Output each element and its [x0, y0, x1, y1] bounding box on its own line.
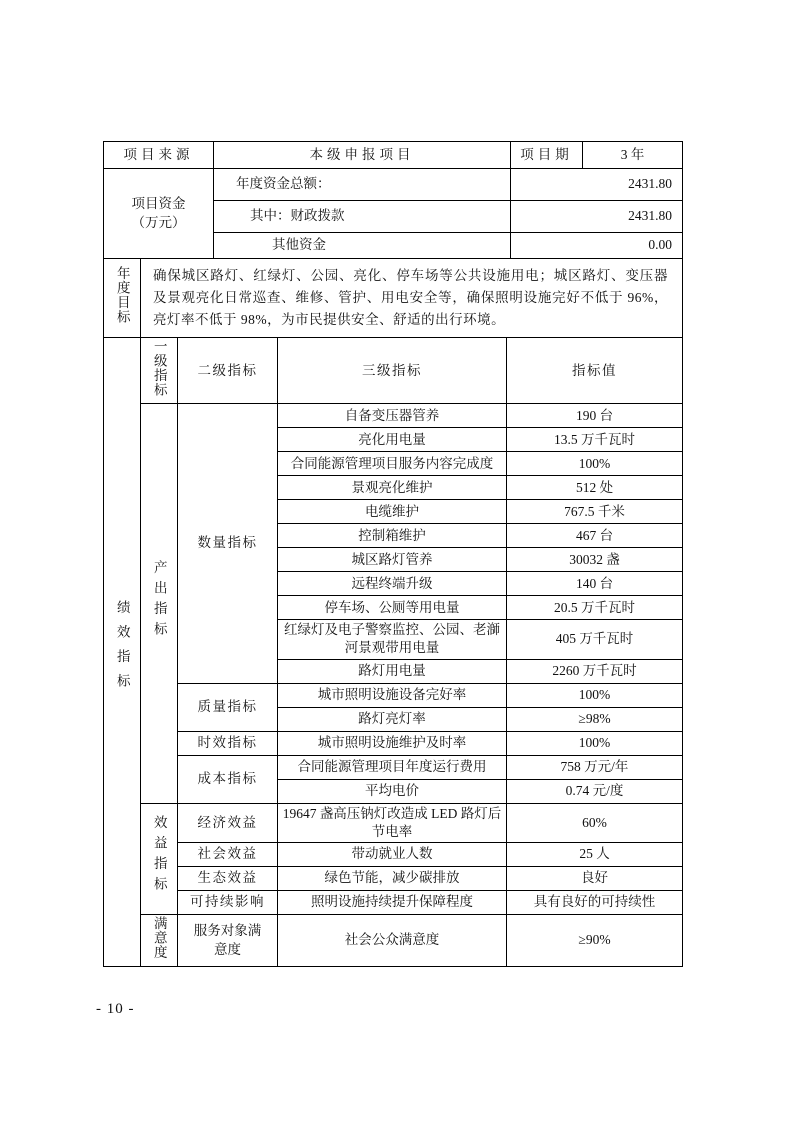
level2-cost: 成本指标 [178, 755, 278, 803]
indicator-value: 0.74 元/度 [507, 779, 683, 803]
indicator-name: 路灯用电量 [278, 659, 507, 683]
level1-satisfaction: 满意度 [141, 915, 178, 967]
funding-row-label: 其中：财政拨款 [214, 201, 511, 233]
indicator-name: 远程终端升级 [278, 572, 507, 596]
funding-row-value: 2431.80 [511, 201, 683, 233]
funding-row-value: 2431.80 [511, 169, 683, 201]
indicator-value: 140 台 [507, 572, 683, 596]
performance-side-label: 绩效指标 [104, 338, 141, 967]
indicator-value: 30032 盏 [507, 548, 683, 572]
indicator-value: 具有良好的可持续性 [507, 891, 683, 915]
project-funds-label-line1: 项目资金 [108, 195, 209, 213]
performance-indicators-table: 绩效指标 一级指标 二级指标 三级指标 指标值 产出指标 数量指标 自备变压器管… [103, 337, 683, 967]
funding-row-value: 0.00 [511, 233, 683, 259]
project-period-label: 项目期 [511, 142, 583, 169]
project-funds-label: 项目资金 （万元） [104, 169, 214, 259]
indicator-value: 767.5 千米 [507, 500, 683, 524]
project-source-label: 项目来源 [104, 142, 214, 169]
indicator-value: 100% [507, 452, 683, 476]
indicator-value: ≥98% [507, 707, 683, 731]
indicator-value: 512 处 [507, 476, 683, 500]
indicator-name: 绿色节能，减少碳排放 [278, 867, 507, 891]
level2-timeliness: 时效指标 [178, 731, 278, 755]
indicator-value: 100% [507, 683, 683, 707]
funding-row-label: 年度资金总额： [214, 169, 511, 201]
annual-goal-table: 年度目标 确保城区路灯、红绿灯、公园、亮化、停车场等公共设施用电；城区路灯、变压… [103, 258, 683, 338]
indicator-name: 平均电价 [278, 779, 507, 803]
indicator-value: 190 台 [507, 404, 683, 428]
level1-benefit: 效益指标 [141, 803, 178, 914]
level2-economic: 经济效益 [178, 803, 278, 842]
indicator-value: 良好 [507, 867, 683, 891]
level2-sustainable: 可持续影响 [178, 891, 278, 915]
level2-ecological: 生态效益 [178, 867, 278, 891]
indicator-name: 亮化用电量 [278, 428, 507, 452]
indicator-name: 城市照明设施维护及时率 [278, 731, 507, 755]
header-level2: 二级指标 [178, 338, 278, 404]
funding-row-label: 其他资金 [214, 233, 511, 259]
project-info-table: 项目来源 本级申报项目 项目期 3 年 项目资金 （万元） 年度资金总额： 24… [103, 141, 683, 259]
level2-service-satisfaction: 服务对象满意度 [178, 915, 278, 967]
indicator-value: ≥90% [507, 915, 683, 967]
project-source-value: 本级申报项目 [214, 142, 511, 169]
indicator-value: 13.5 万千瓦时 [507, 428, 683, 452]
indicator-value: 25 人 [507, 843, 683, 867]
annual-goal-text: 确保城区路灯、红绿灯、公园、亮化、停车场等公共设施用电；城区路灯、变压器及景观亮… [141, 259, 683, 338]
document-page: 项目来源 本级申报项目 项目期 3 年 项目资金 （万元） 年度资金总额： 24… [0, 0, 793, 1122]
level1-output: 产出指标 [141, 404, 178, 803]
indicator-value: 100% [507, 731, 683, 755]
level2-quality: 质量指标 [178, 683, 278, 731]
indicator-value: 405 万千瓦时 [507, 620, 683, 659]
indicator-value: 60% [507, 803, 683, 842]
level2-social: 社会效益 [178, 843, 278, 867]
project-funds-label-line2: （万元） [108, 214, 209, 232]
indicator-name: 景观亮化维护 [278, 476, 507, 500]
indicator-name: 路灯亮灯率 [278, 707, 507, 731]
indicator-name: 控制箱维护 [278, 524, 507, 548]
indicator-value: 467 台 [507, 524, 683, 548]
indicator-name: 社会公众满意度 [278, 915, 507, 967]
indicator-name: 电缆维护 [278, 500, 507, 524]
indicator-name: 合同能源管理项目服务内容完成度 [278, 452, 507, 476]
indicator-name: 城区路灯管养 [278, 548, 507, 572]
indicator-name: 带动就业人数 [278, 843, 507, 867]
header-level3: 三级指标 [278, 338, 507, 404]
indicator-value: 20.5 万千瓦时 [507, 596, 683, 620]
header-level1: 一级指标 [141, 338, 178, 404]
indicator-value: 2260 万千瓦时 [507, 659, 683, 683]
indicator-name: 照明设施持续提升保障程度 [278, 891, 507, 915]
header-value: 指标值 [507, 338, 683, 404]
indicator-name: 合同能源管理项目年度运行费用 [278, 755, 507, 779]
indicator-name: 停车场、公厕等用电量 [278, 596, 507, 620]
level2-quantity: 数量指标 [178, 404, 278, 683]
page-number: - 10 - [96, 1001, 135, 1018]
indicator-name: 自备变压器管养 [278, 404, 507, 428]
indicator-name: 红绿灯及电子警察监控、公园、老溮河景观带用电量 [278, 620, 507, 659]
annual-goal-label: 年度目标 [104, 259, 141, 338]
indicator-name: 19647 盏高压钠灯改造成 LED 路灯后节电率 [278, 803, 507, 842]
indicator-name: 城市照明设施设备完好率 [278, 683, 507, 707]
budget-performance-table: 项目来源 本级申报项目 项目期 3 年 项目资金 （万元） 年度资金总额： 24… [103, 141, 682, 967]
indicator-value: 758 万元/年 [507, 755, 683, 779]
project-period-value: 3 年 [583, 142, 683, 169]
